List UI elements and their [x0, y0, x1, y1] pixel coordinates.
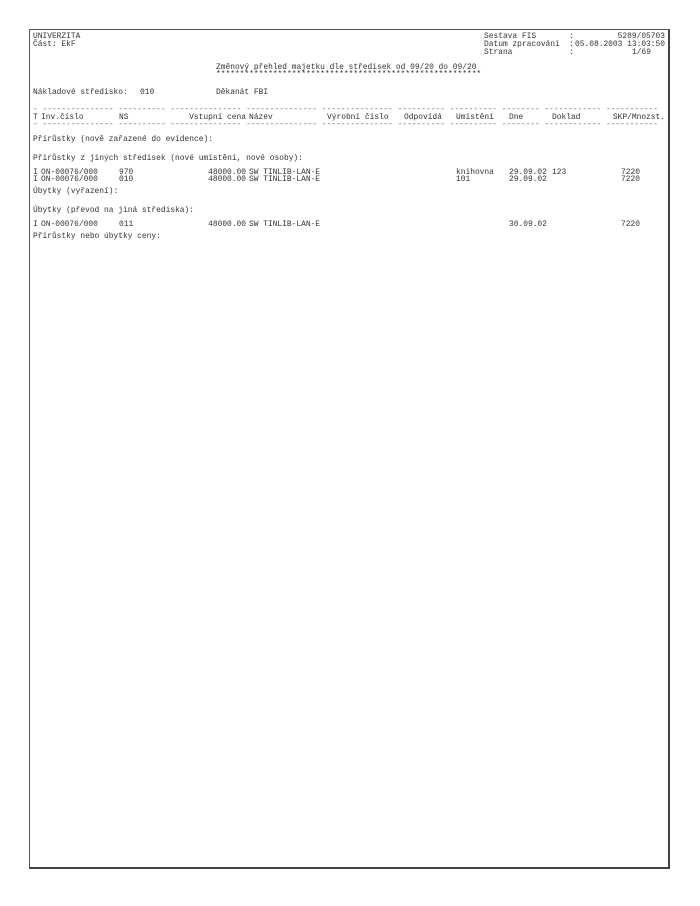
section-title: Úbytky (převod na jiná střediska):	[33, 207, 194, 215]
date-value: 05.08.2003 13:03:50	[575, 41, 665, 49]
section-title: Přírůstky nebo úbytky ceny:	[33, 233, 161, 241]
row-name: SW TINLIB-LAN-E	[249, 221, 320, 229]
cost-center-name: Děkanát FBI	[216, 89, 268, 97]
column-rule-bottom: - --------------- ---------- -----------…	[33, 121, 658, 129]
cost-center-code: 010	[140, 89, 154, 97]
title-underline: ****************************************…	[216, 71, 481, 79]
row-name: SW TINLIB-LAN-E	[249, 176, 320, 184]
row-price: 48000.00	[46, 221, 246, 229]
report-page: UNIVERZITA Část: EkF Sestava FIS : 5289/…	[29, 29, 670, 869]
row-date: 30.09.02	[509, 221, 547, 229]
page-number: 1/69	[632, 49, 651, 57]
row-skp: 7220	[621, 176, 640, 184]
part-label: Část: EkF	[33, 41, 76, 49]
section-title: Přírůstky z jiných středisek (nové umíst…	[33, 155, 303, 163]
row-type: I	[33, 221, 38, 229]
section-title: Přírůstky (nově zařazené do evidence):	[33, 136, 213, 144]
page-colon: :	[569, 49, 574, 57]
row-date: 29.09.02	[509, 176, 547, 184]
row-type: I	[33, 176, 38, 184]
section-title: Úbytky (vyřazení):	[33, 188, 118, 196]
row-document: 123	[552, 169, 566, 177]
page-label: Strana	[484, 49, 512, 57]
row-skp: 7220	[621, 221, 640, 229]
row-price: 48000.00	[46, 176, 246, 184]
cost-center-label: Nákladové středisko:	[33, 89, 128, 97]
row-location: 101	[456, 176, 470, 184]
